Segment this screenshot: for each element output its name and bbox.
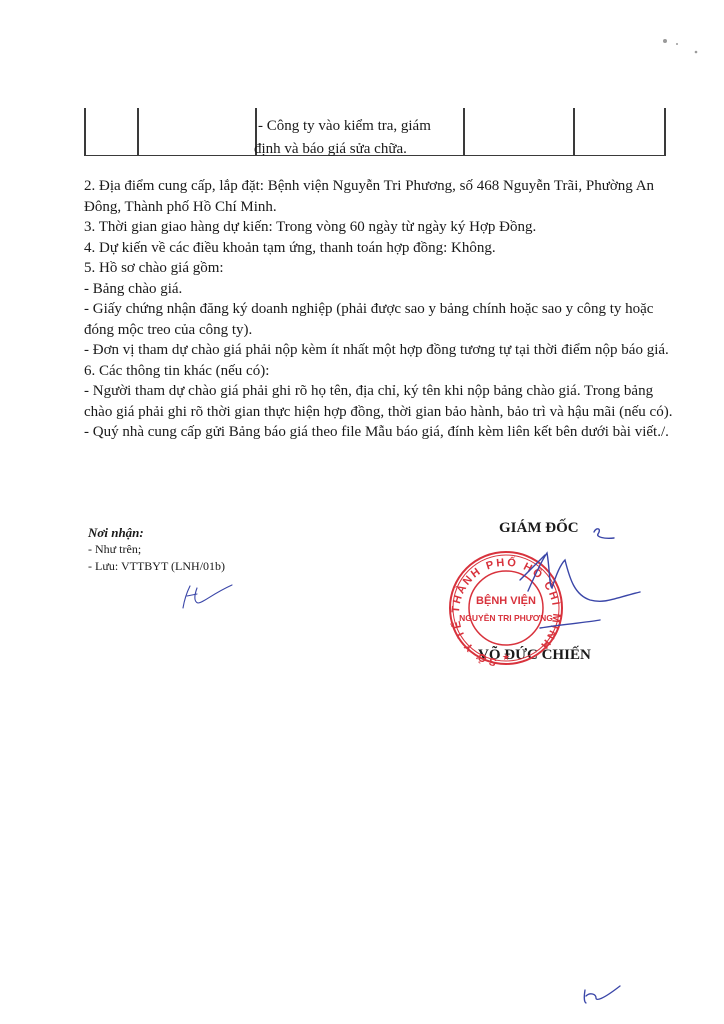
scan-marks [663,39,697,53]
initials-signature [183,585,232,608]
stamps-and-signatures: SỞ Y TẾ THÀNH PHỐ HỒ CHÍ MINH BỆNH VIỆN … [0,0,724,1024]
official-stamp: SỞ Y TẾ THÀNH PHỐ HỒ CHÍ MINH BỆNH VIỆN … [449,552,562,668]
stamp-line1: BỆNH VIỆN [476,594,536,607]
page-initials [584,986,620,1003]
stamp-star-icon: ★ [502,652,510,662]
stamp-line2: NGUYỄN TRI PHƯƠNG [459,612,553,623]
